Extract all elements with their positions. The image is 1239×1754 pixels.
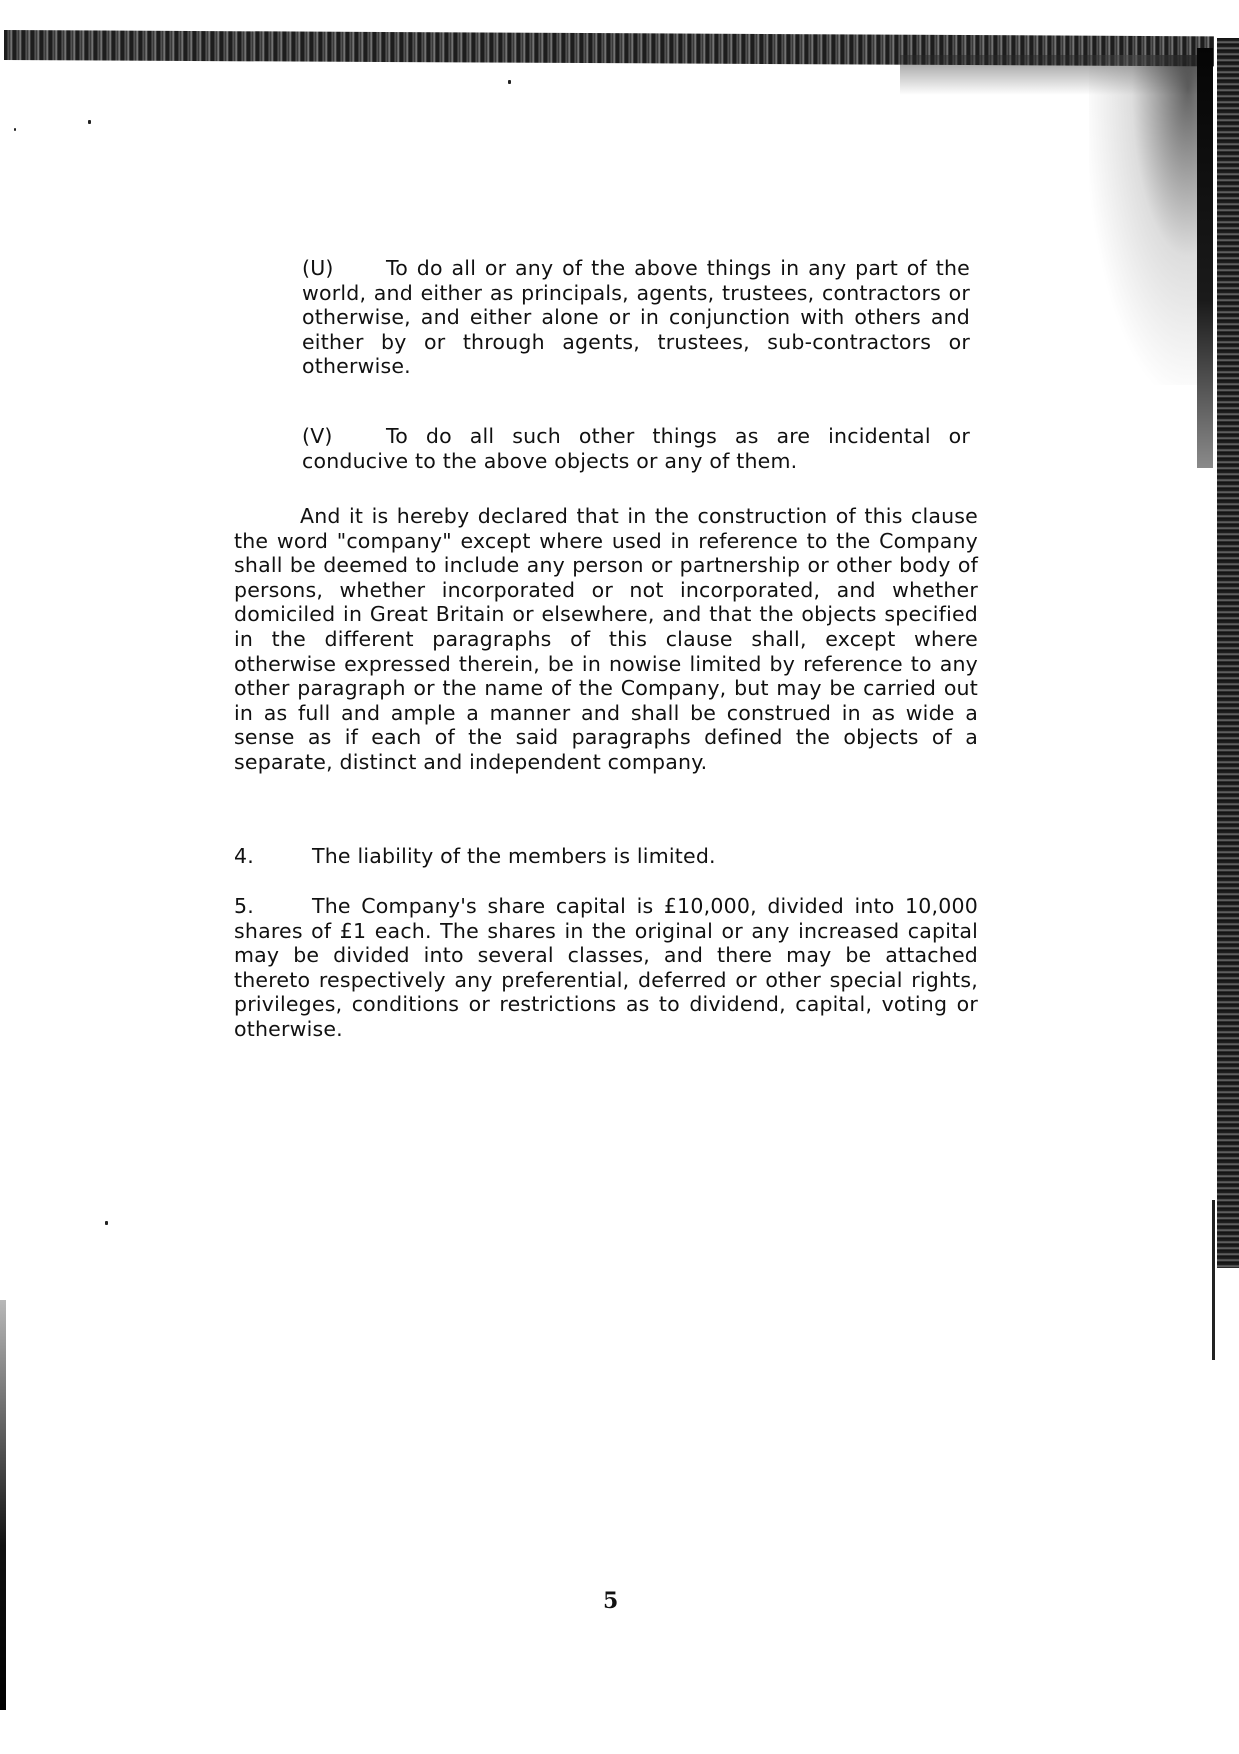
clause-4: 4.The liability of the members is limite… xyxy=(234,844,978,869)
scan-edge-right-inner xyxy=(1197,48,1213,468)
clause-label: (U) xyxy=(302,256,386,281)
scan-edge-left xyxy=(0,1300,6,1710)
scan-edge-right-lower xyxy=(1212,1200,1215,1360)
clause-u: (U)To do all or any of the above things … xyxy=(302,256,970,379)
clause-label: (V) xyxy=(302,424,386,449)
clause-number: 4. xyxy=(234,844,312,869)
clause-text: To do all such other things as are incid… xyxy=(302,424,970,473)
clause-v: (V)To do all such other things as are in… xyxy=(302,424,970,473)
clause-text: To do all or any of the above things in … xyxy=(302,256,970,378)
scan-shadow-right xyxy=(1089,55,1199,385)
clause-number: 5. xyxy=(234,894,312,919)
scan-speck xyxy=(88,120,91,124)
scan-speck xyxy=(105,1221,108,1225)
clause-5: 5.The Company's share capital is £10,000… xyxy=(234,894,978,1042)
scan-speck xyxy=(508,80,511,84)
scan-edge-right xyxy=(1217,38,1239,1268)
paragraph-text: And it is hereby declared that in the co… xyxy=(234,504,978,774)
scan-speck xyxy=(14,128,16,131)
declaration-paragraph: And it is hereby declared that in the co… xyxy=(234,504,978,775)
clause-text: The Company's share capital is £10,000, … xyxy=(234,894,978,1041)
clause-text: The liability of the members is limited. xyxy=(312,844,716,868)
page-number: 5 xyxy=(603,1588,618,1614)
